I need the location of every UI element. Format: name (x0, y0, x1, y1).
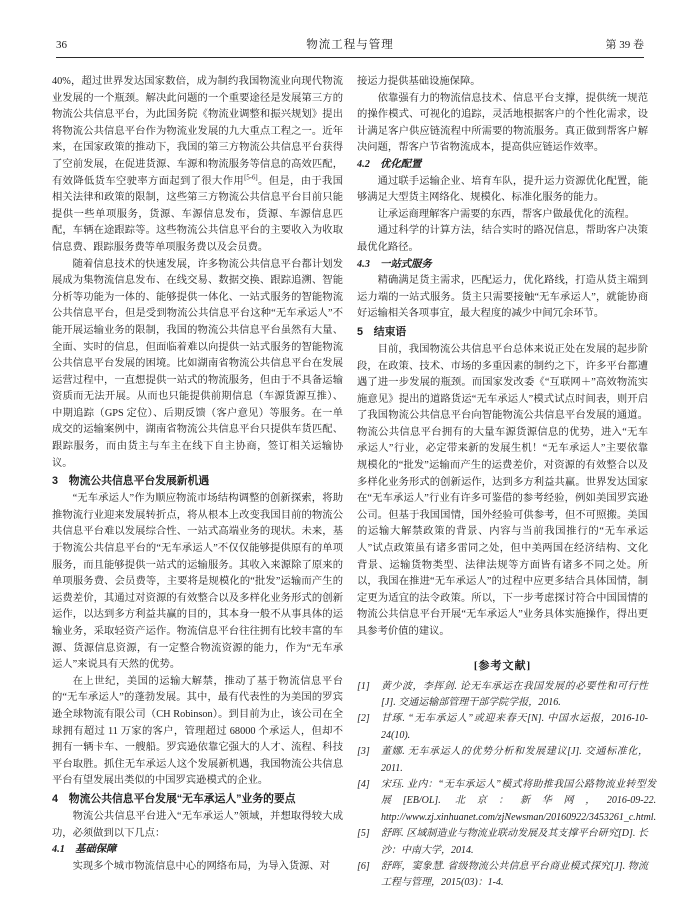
reference-label: [4] (357, 777, 381, 826)
section-heading-4: 4 物流公共信息平台发展“无车承运人”业务的要点 (52, 791, 343, 808)
page-header: 36 物流工程与管理 第 39 卷 (56, 0, 644, 58)
journal-page: 36 物流工程与管理 第 39 卷 40%，超过世界发达国家数倍，成为制约我国物… (0, 0, 700, 900)
paragraph-conclusion: 目前，我国物流公共信息平台总体来说正处在发展的起步阶段，在政策、技术、市场的多重… (357, 342, 648, 641)
intro-text-post: 。但是，由于我国相关法律和政策的限制，这些第三方物流公共信息平台目前只能提供一些… (52, 176, 343, 253)
right-column: 接运力提供基础设施保障。 依靠强有力的物流信息技术、信息平台支撑，提供统一规范的… (357, 74, 648, 892)
references-title: [参考文献] (357, 657, 648, 673)
section-heading-5: 5 结束语 (357, 324, 648, 341)
paragraph-smart-platform: 随着信息技术的快速发展，许多物流公共信息平台都计划发展成为集物流信息发布、在线交… (52, 257, 343, 473)
reference-item: [1] 黄少波，李挥剑. 论无车承运在我国发展的必要性和可行性[J]. 交通运输… (357, 679, 648, 712)
paragraph-section3-1: “无车承运人”作为顺应物流市场结构调整的创新探索，将助推物流行业迎来发展转折点，… (52, 491, 343, 674)
paragraph-section4-intro: 物流公共信息平台进入“无车承运人”领域，并想取得较大成功，必须做到以下几点： (52, 809, 343, 842)
reference-item: [4] 宋珏. 业内：“无车承运人”模式将助推我国公路物流业转型发展[EB/OL… (357, 777, 648, 826)
reference-item: [2] 甘琢. “无车承运人”或迎来春天[N]. 中国水运报，2016-10-2… (357, 711, 648, 744)
subsection-heading-4-2: 4.2 优化配置 (357, 157, 648, 174)
journal-title: 物流工程与管理 (56, 36, 644, 52)
paragraph-section4-2c: 通过科学的计算方法，结合实时的路况信息，帮助客户决策最优化路径。 (357, 223, 648, 256)
reference-text: 宋珏. 业内：“无车承运人”模式将助推我国公路物流业转型发展[EB/OL]. 北… (381, 777, 656, 826)
intro-text-pre: 40%，超过世界发达国家数倍，成为制约我国物流业向现代物流业发展的一个瓶颈。解决… (52, 76, 343, 187)
paragraph-section4-1: 实现多个城市物流信息中心的网络布局，为导入货源、对 (52, 859, 343, 876)
reference-item: [3] 董娜. 无车承运人的优势分析和发展建议[J]. 交通标准化，2011. (357, 744, 648, 777)
section-heading-3: 3 物流公共信息平台发展新机遇 (52, 473, 343, 490)
reference-item: [6] 舒晖，窦象慧. 省级物流公共信息平台商业模式探究[J]. 物流工程与管理… (357, 859, 648, 892)
paragraph-section3-2: 在上世纪，美国的运输大解禁，推动了基于物流信息平台的“无车承运人”的蓬勃发展。其… (52, 674, 343, 790)
reference-text: 舒晖. 区域制造业与物流业联动发展及其支撑平台研究[D]. 长沙：中南大学，20… (381, 826, 648, 859)
paragraph-section4-2a: 通过联手运输企业、培育车队，提升运力资源优化配置，能够满足大型货主网络化、规模化… (357, 174, 648, 207)
left-column: 40%，超过世界发达国家数倍，成为制约我国物流业向现代物流业发展的一个瓶颈。解决… (52, 74, 343, 892)
reference-label: [5] (357, 826, 381, 859)
paragraph-intro: 40%，超过世界发达国家数倍，成为制约我国物流业向现代物流业发展的一个瓶颈。解决… (52, 74, 343, 257)
reference-text: 甘琢. “无车承运人”或迎来春天[N]. 中国水运报，2016-10-24(10… (381, 711, 648, 744)
paragraph-section4-1b: 依靠强有力的物流信息技术、信息平台支撑，提供统一规范的操作模式、可视化的追踪，灵… (357, 91, 648, 157)
paragraph-section4-2b: 让承运商理解客户需要的东西，帮客户做最优化的流程。 (357, 207, 648, 224)
subsection-heading-4-3: 4.3 一站式服务 (357, 257, 648, 274)
reference-label: [3] (357, 744, 381, 777)
reference-text: 董娜. 无车承运人的优势分析和发展建议[J]. 交通标准化，2011. (381, 744, 648, 777)
citation-superscript: [5-6] (244, 174, 258, 181)
paragraph-section4-3: 精确满足货主需求，匹配运力，优化路线，打造从货主端到运力端的一站式服务。货主只需… (357, 273, 648, 323)
reference-label: [6] (357, 859, 381, 892)
reference-item: [5] 舒晖. 区域制造业与物流业联动发展及其支撑平台研究[D]. 长沙：中南大… (357, 826, 648, 859)
paragraph-section4-1-cont: 接运力提供基础设施保障。 (357, 74, 648, 91)
reference-label: [1] (357, 679, 381, 712)
two-column-body: 40%，超过世界发达国家数倍，成为制约我国物流业向现代物流业发展的一个瓶颈。解决… (52, 74, 648, 892)
reference-text: 黄少波，李挥剑. 论无车承运在我国发展的必要性和可行性[J]. 交通运输部管理干… (381, 679, 648, 712)
subsection-heading-4-1: 4.1 基础保障 (52, 842, 343, 859)
reference-text: 舒晖，窦象慧. 省级物流公共信息平台商业模式探究[J]. 物流工程与管理，201… (381, 859, 648, 892)
reference-label: [2] (357, 711, 381, 744)
